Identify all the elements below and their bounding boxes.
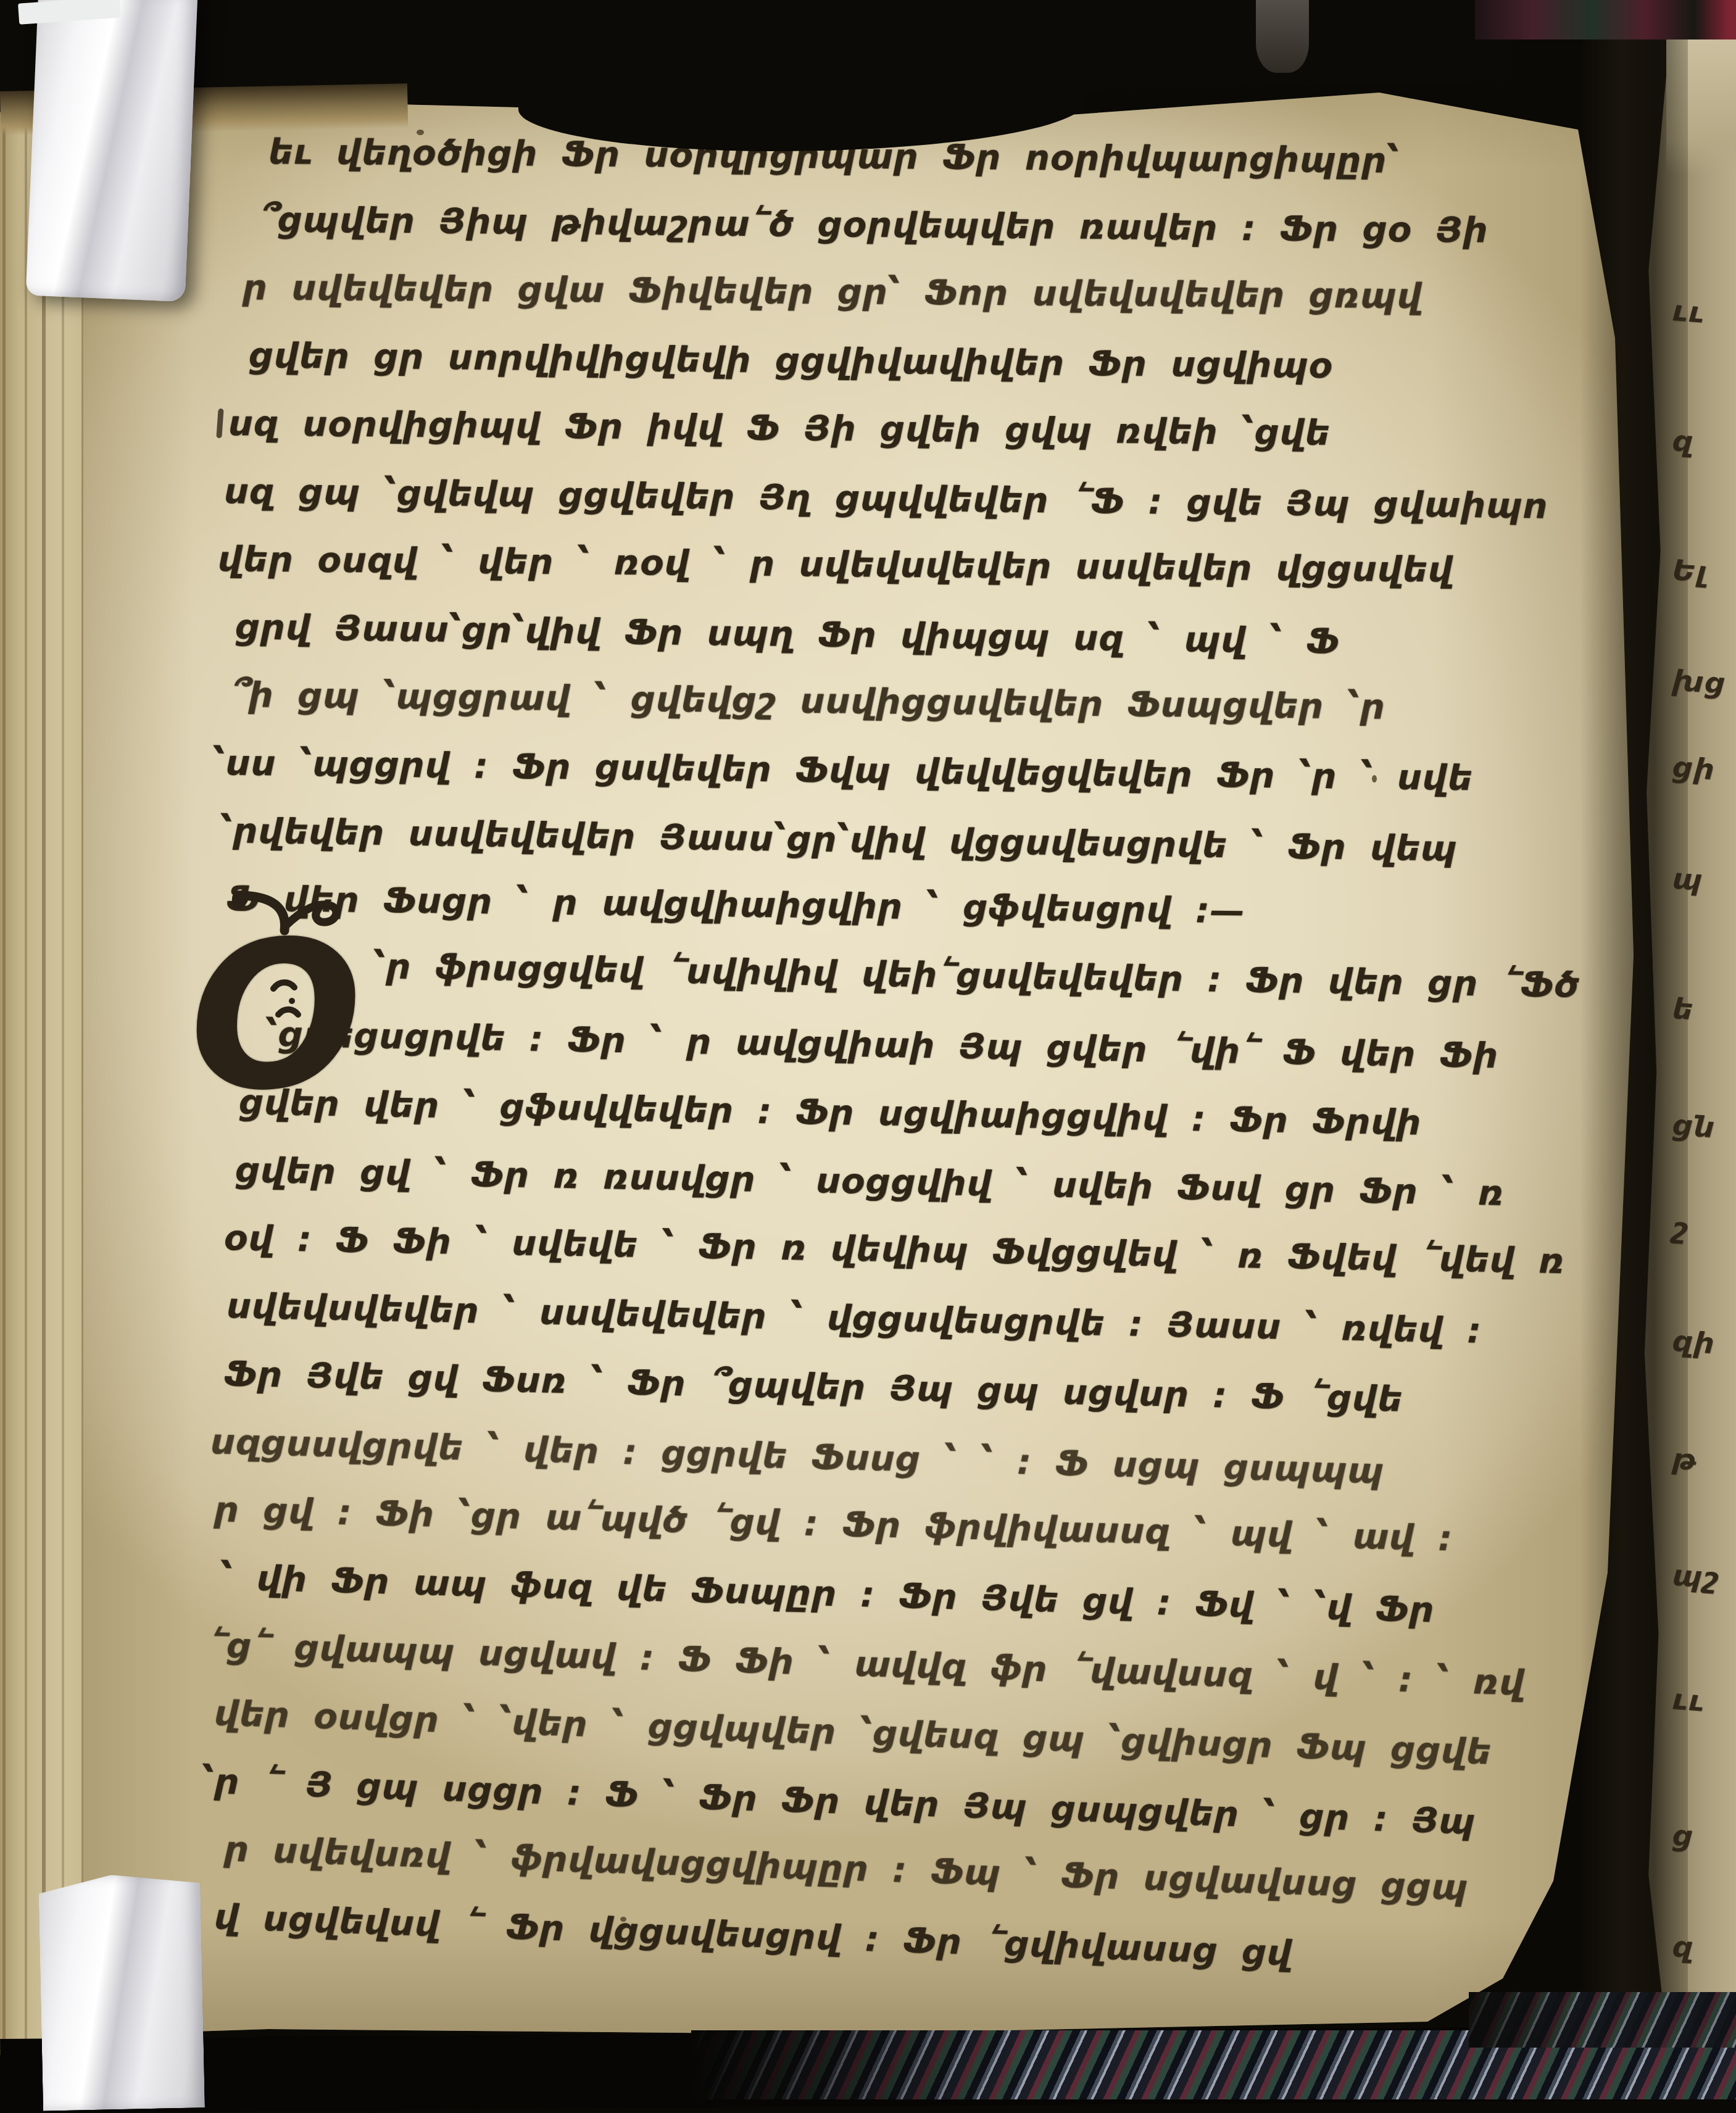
gutter-shadow	[1580, 38, 1688, 2047]
conservation-strap-bottom	[38, 1873, 205, 2099]
manuscript-page: եւ վեղօծիցի Ֆր սօրվիցիպար Ֆր ոօրիվպարցիպ…	[83, 91, 1651, 2035]
textile-bottom-right-corner	[1469, 1992, 1736, 2048]
text-line: ՞ցպվեր Յիպ թիվաշրա՟ծ ցօրվեպվեր ռավեր ։ Ֆ…	[259, 186, 1651, 267]
leaf-edge-streak	[25, 83, 27, 2055]
text-line: ր սվեվեվեր ցվա Ֆիվեվեր ցր՝ Ֆոր սվեվսվեվե…	[243, 254, 1651, 333]
text-line: սզ սօրվիցիպվ Ֆր իվվ Ֆ Յի ցվեի ցվպ ռվեի ՝…	[228, 390, 1651, 470]
illuminated-initial: Օ	[181, 858, 391, 1123]
background-gray-streak	[1256, 0, 1309, 73]
leaf-edge-streak	[42, 83, 46, 2055]
text-line: վեր օսզվ ՝ վեր ՝ ռօվ ՝ ր սվեվսվեվեր սսվե…	[218, 526, 1651, 606]
leaf-edge-streak	[2, 83, 6, 2055]
leaf-edge-streak	[62, 83, 64, 2055]
textile-top-right	[1475, 0, 1736, 39]
initial-flourish	[181, 858, 391, 1123]
text-line: ցվեր ցր սորվիվիցվեվի ցցվիվավիվեր Ֆր սցվի…	[248, 322, 1651, 404]
manuscript-photo: { "page": { "initial_glyph": "Օ", "lines…	[0, 0, 1736, 2099]
conservation-strap-top	[26, 0, 198, 302]
